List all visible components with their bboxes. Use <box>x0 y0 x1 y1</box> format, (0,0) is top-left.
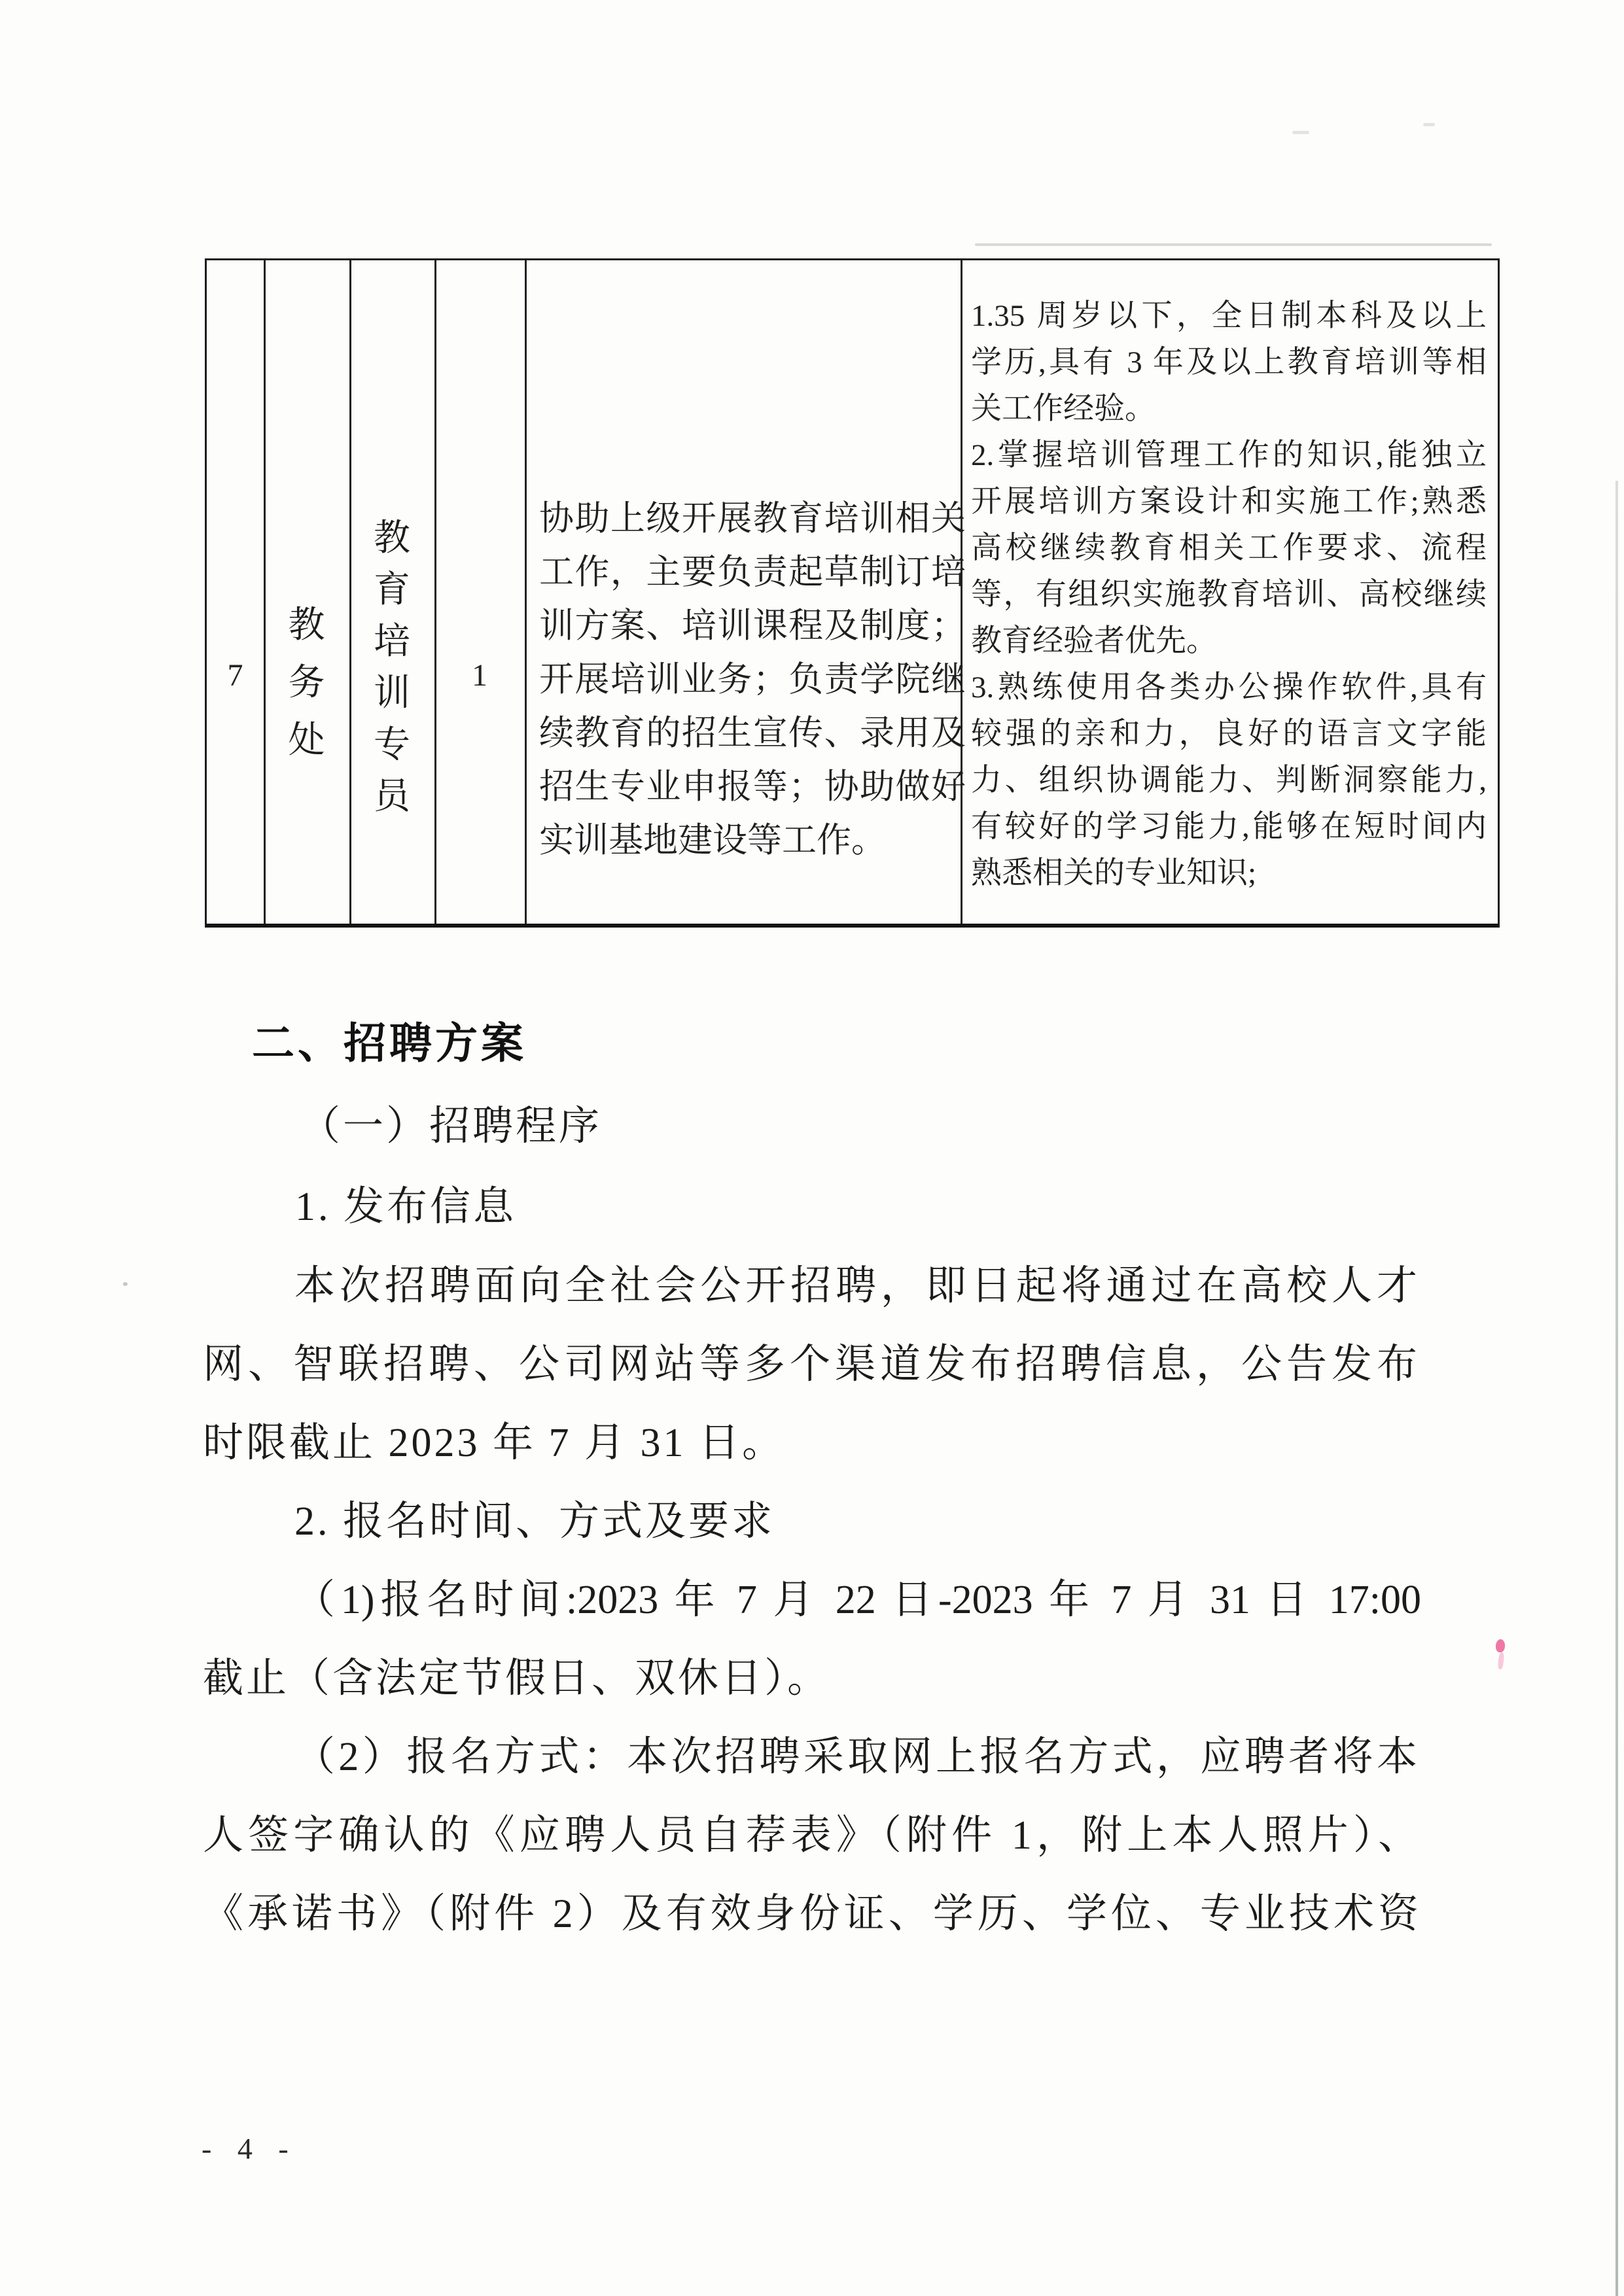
subsection-heading: （一）招聘程序 <box>300 1101 602 1152</box>
requirement-line: 关工作经验。 <box>971 386 1487 432</box>
vertical-char: 教 <box>374 520 410 557</box>
table-column-divider <box>525 260 527 924</box>
vertical-char: 处 <box>289 722 325 759</box>
requirement-line: 熟悉相关的专业知识; <box>971 850 1487 897</box>
cell-department: 教务处 <box>264 607 349 759</box>
section-heading: 二、招聘方案 <box>252 1018 527 1069</box>
paragraph-line: 截止（含法定节假日、双休日）。 <box>203 1653 830 1704</box>
requirement-line: 高校继续教育相关工作要求、流程 <box>971 525 1487 572</box>
recruitment-table: 7 教务处 教育培训专员 1 协助上级开展教育培训相关 工作，主要负责起草制订培… <box>205 258 1500 928</box>
requirement-line: 3.熟练使用各类办公操作软件,具有 <box>971 665 1487 711</box>
requirement-line: 开展培训方案设计和实施工作;熟悉 <box>971 479 1487 525</box>
sequence-number: 7 <box>228 658 243 693</box>
duty-line: 招生专业申报等；协助做好 <box>539 760 966 814</box>
duty-line: 续教育的招生宣传、录用及 <box>539 706 966 760</box>
vertical-char: 培 <box>374 623 410 660</box>
scan-edge-shadow <box>1615 481 1618 2296</box>
paragraph-line: 《承诺书》（附件 2）及有效身份证、学历、学位、专业技术资 <box>203 1888 1419 1939</box>
paragraph-line: 时限截止 2023 年 7 月 31 日。 <box>203 1418 785 1469</box>
page-number: - 4 - <box>202 2131 298 2166</box>
pink-ink-mark <box>1495 1639 1505 1653</box>
scanned-document-page: 7 教务处 教育培训专员 1 协助上级开展教育培训相关 工作，主要负责起草制订培… <box>0 0 1624 2296</box>
duty-line: 实训基地建设等工作。 <box>539 814 966 867</box>
scan-smudge <box>975 243 1492 246</box>
vertical-char: 专 <box>374 727 410 763</box>
pink-ink-mark-tail <box>1498 1652 1505 1670</box>
requirement-line: 2.掌握培训管理工作的知识,能独立 <box>971 432 1487 479</box>
requirement-line: 力、组织协调能力、判断洞察能力, <box>971 757 1487 804</box>
paragraph-line: （2）报名方式：本次招聘采取网上报名方式，应聘者将本 <box>294 1731 1417 1783</box>
cell-sequence-number: 7 <box>207 656 264 695</box>
cell-requirements: 1.35 周岁以下，全日制本科及以上 学历,具有 3 年及以上教育培训等相 关工… <box>971 293 1487 897</box>
duty-line: 开展培训业务；负责学院继 <box>539 653 966 706</box>
requirement-line: 较强的亲和力，良好的语言文字能 <box>971 711 1487 757</box>
scan-speck <box>1292 131 1309 134</box>
vertical-char: 教 <box>289 607 325 644</box>
table-column-divider <box>264 260 266 924</box>
requirement-line: 学历,具有 3 年及以上教育培训等相 <box>971 339 1487 386</box>
vertical-char: 训 <box>374 675 410 712</box>
scan-dot <box>123 1282 128 1286</box>
vertical-char: 育 <box>374 572 410 608</box>
vertical-char: 务 <box>289 665 325 701</box>
duty-line: 协助上级开展教育培训相关 <box>539 492 966 546</box>
paragraph-line: （1)报名时间:2023 年 7 月 22 日-2023 年 7 月 31 日 … <box>294 1574 1421 1626</box>
vertical-char: 员 <box>374 778 410 815</box>
duty-line: 训方案、培训课程及制度； <box>539 599 966 653</box>
cell-duties: 协助上级开展教育培训相关 工作，主要负责起草制订培 训方案、培训课程及制度； 开… <box>539 492 966 867</box>
cell-headcount: 1 <box>434 656 525 695</box>
paragraph-line: 人签字确认的《应聘人员自荐表》（附件 1，附上本人照片）、 <box>203 1810 1419 1861</box>
requirement-line: 1.35 周岁以下，全日制本科及以上 <box>971 293 1487 339</box>
duty-line: 工作，主要负责起草制订培 <box>539 546 966 599</box>
table-column-divider <box>434 260 436 924</box>
headcount-value: 1 <box>472 658 487 693</box>
scan-speck <box>1423 123 1435 126</box>
requirement-line: 等，有组织实施教育培训、高校继续 <box>971 572 1487 618</box>
cell-position: 教育培训专员 <box>349 520 434 815</box>
requirement-line: 教育经验者优先。 <box>971 618 1487 665</box>
item2-title: 2. 报名时间、方式及要求 <box>294 1496 775 1547</box>
paragraph-line: 本次招聘面向全社会公开招聘，即日起将通过在高校人才 <box>294 1261 1417 1312</box>
paragraph-line: 网、智联招聘、公司网站等多个渠道发布招聘信息，公告发布 <box>203 1339 1417 1390</box>
requirement-line: 有较好的学习能力,能够在短时间内 <box>971 804 1487 850</box>
item1-title: 1. 发布信息 <box>295 1181 516 1232</box>
